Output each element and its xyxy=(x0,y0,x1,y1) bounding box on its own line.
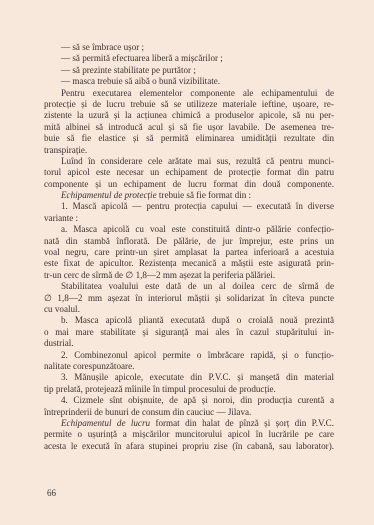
italic-heading: Echipamentul de lucru xyxy=(61,418,150,428)
text-line: dustrial. xyxy=(44,338,334,349)
text-line: mită albinei să introducă acul și să fie… xyxy=(44,122,334,133)
text-line: transpirație. xyxy=(44,145,334,156)
text-line: tip prelată, protejează mîinile în timpu… xyxy=(44,384,334,395)
text-line: 4. Cizmele sînt obișnuite, de apă și nor… xyxy=(44,395,334,406)
text-line: întreprinderii de bunuri de consum din c… xyxy=(44,407,334,418)
text-line: Echipamentul de protecție trebuie să fie… xyxy=(44,190,334,201)
text-line: zistente la uzură și la acțiunea chimică… xyxy=(44,110,334,121)
text-line: — masca trebuie să aibă o bună vizibilit… xyxy=(44,76,334,87)
text-line: acesta le execută în afara stupinei prop… xyxy=(44,441,334,452)
text-line: o mai mare stabilitate și siguranță mai … xyxy=(44,327,334,338)
italic-heading: Echipamentul de protecție xyxy=(61,190,157,200)
text-line: — să prezinte stabilitate pe purtător ; xyxy=(44,65,334,76)
text-line: buie să fie elastice și să permită elimi… xyxy=(44,133,334,144)
text-line: componente și un echipament de lucru for… xyxy=(44,179,334,190)
text-line: Stabilitatea voalului este dată de un al… xyxy=(44,281,334,292)
text-line: b. Masca apicolă pliantă executată după … xyxy=(44,315,334,326)
text-line: tr-un cerc de sîrmă de ∅ 1,8—2 mm așezat… xyxy=(44,270,334,281)
book-page: — să se îmbrace ușor ;— să permită efect… xyxy=(0,0,374,525)
text-line: 1. Mască apicolă — pentru protecția capu… xyxy=(44,201,334,212)
text-line: ∅ 1,8—2 mm așezat în interiorul măștii ș… xyxy=(44,293,334,304)
page-number: 66 xyxy=(47,488,56,498)
text-line: 3. Mănușile apicole, executate din P.V.C… xyxy=(44,372,334,383)
text-line: cu voalul. xyxy=(44,304,334,315)
text-line: nalitate corespunzătoare. xyxy=(44,361,334,372)
text-line: Luînd în considerare cele arătate mai su… xyxy=(44,156,334,167)
text-line: nată din stambă înflorată. De pălărie, d… xyxy=(44,236,334,247)
text-line: Echipamentul de lucru format din halat d… xyxy=(44,418,334,429)
text-line: voal negru, care printr-un șiret amplasa… xyxy=(44,247,334,258)
text-line: — să permită efectuarea liberă a mișcări… xyxy=(44,53,334,64)
text-line: permite o ușurință a mișcărilor muncitor… xyxy=(44,429,334,440)
text-line: variante : xyxy=(44,213,334,224)
text-line: a. Masca apicolă cu voal este constituit… xyxy=(44,224,334,235)
text-line: — să se îmbrace ușor ; xyxy=(44,42,334,53)
page-body-text: — să se îmbrace ușor ;— să permită efect… xyxy=(44,42,334,452)
text-line: este fixat de apicultor. Rezistența meca… xyxy=(44,258,334,269)
text-line: 2. Combinezonul apicol permite o îmbrăca… xyxy=(44,350,334,361)
text-line: torul apicol este necesar un echipament … xyxy=(44,167,334,178)
text-line: protecție și de lucru trebuie să se util… xyxy=(44,99,334,110)
text-line: Pentru executarea elementelor componente… xyxy=(44,88,334,99)
